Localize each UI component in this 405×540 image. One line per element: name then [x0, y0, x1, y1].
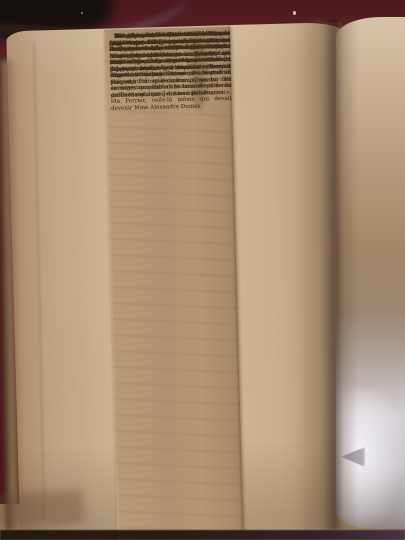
photo-bottom-dark-edge — [0, 530, 405, 540]
dust-speck — [293, 11, 296, 15]
book-photograph: L'histoire fut assez honorable de la dis… — [0, 0, 405, 540]
bottom-left-shadow — [0, 490, 85, 529]
book-gutter-shadow — [296, 18, 358, 530]
dust-speck — [81, 12, 83, 14]
clipping-paragraph: Les juges lui donnèrent tort, faute de r… — [109, 31, 231, 60]
newspaper-clipping: L'histoire fut assez honorable de la dis… — [104, 27, 243, 540]
